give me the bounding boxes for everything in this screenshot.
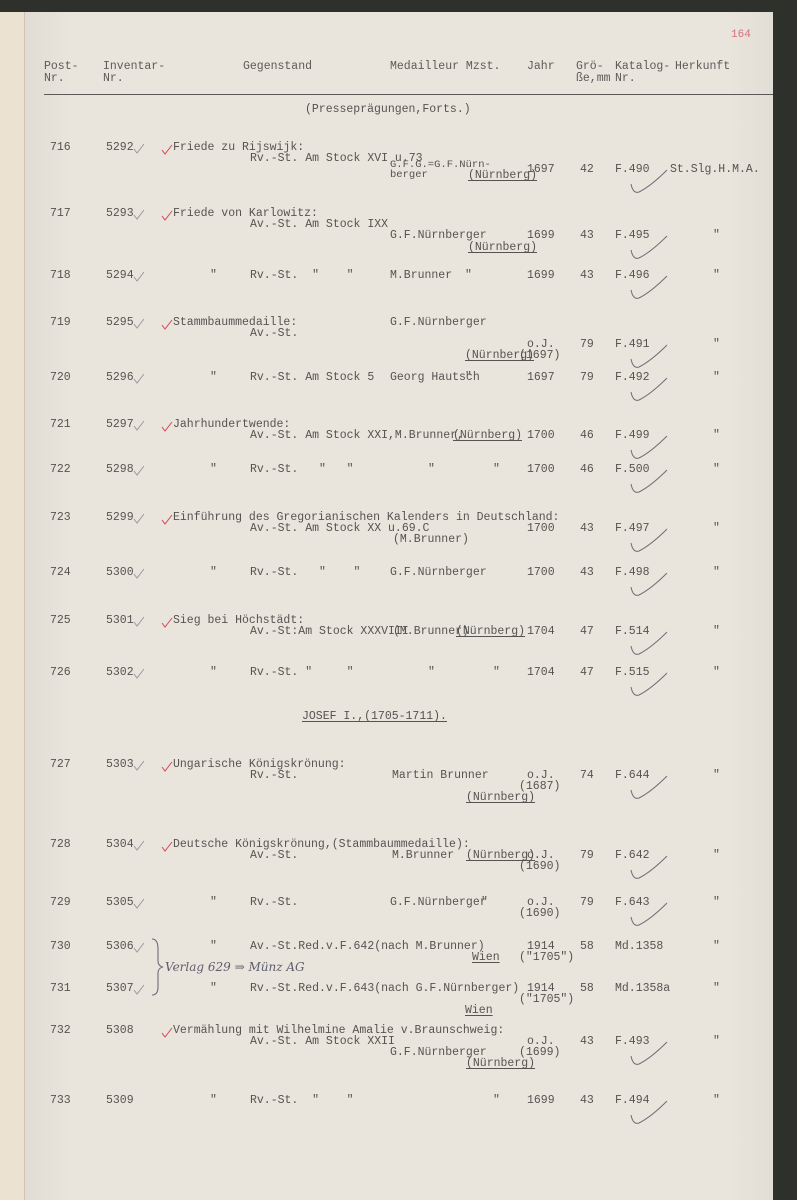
post-nr: 718 bbox=[50, 270, 71, 282]
checkmark-icon bbox=[133, 512, 145, 530]
herkunft: " bbox=[713, 941, 720, 953]
muenzstaette-ditto: " bbox=[481, 897, 488, 909]
katalog-check-icon bbox=[627, 374, 671, 409]
katalog-check-icon bbox=[627, 232, 671, 267]
red-tick-icon bbox=[161, 513, 173, 531]
herkunft: " bbox=[713, 372, 720, 384]
header-medailleur-mzst: Medailleur Mzst. bbox=[390, 61, 500, 73]
muenzstaette: Wien bbox=[465, 1005, 493, 1017]
muenzstaette-ditto: " bbox=[493, 1095, 500, 1107]
checkmark-icon bbox=[133, 1025, 145, 1043]
muenzstaette-ditto: " bbox=[493, 667, 500, 679]
medailleur: G.F.Nürnberger bbox=[390, 567, 487, 579]
inventar-nr: 5308 bbox=[106, 1025, 134, 1037]
section-heading-continued: (Presseprägungen,Forts.) bbox=[305, 104, 471, 116]
document-page: 164 Post-Nr. Inventar-Nr. Gegenstand Med… bbox=[25, 12, 773, 1200]
jahr-zusatz: (1690) bbox=[519, 861, 560, 873]
katalog-check-icon bbox=[627, 1038, 671, 1073]
post-nr: 719 bbox=[50, 317, 71, 329]
muenzstaette-ditto: " bbox=[465, 270, 472, 282]
inventar-nr: 5298 bbox=[106, 464, 134, 476]
jahr: 1699 bbox=[527, 270, 555, 282]
gegenstand-ditto: " bbox=[210, 1095, 217, 1107]
post-nr: 720 bbox=[50, 372, 71, 384]
muenzstaette: (Nürnberg) bbox=[453, 430, 522, 442]
red-tick-icon bbox=[161, 616, 173, 634]
post-nr: 727 bbox=[50, 759, 71, 771]
medailleur: Martin Brunner bbox=[392, 770, 489, 782]
header-post-nr: Post-Nr. bbox=[44, 61, 79, 85]
inventar-nr: 5302 bbox=[106, 667, 134, 679]
inventar-nr: 5309 bbox=[106, 1095, 134, 1107]
herkunft: " bbox=[713, 567, 720, 579]
post-nr: 722 bbox=[50, 464, 71, 476]
post-nr: 721 bbox=[50, 419, 71, 431]
muenzstaette-ditto: " bbox=[465, 372, 472, 384]
post-nr: 731 bbox=[50, 983, 71, 995]
inventar-nr: 5300 bbox=[106, 567, 134, 579]
inventar-nr: 5303 bbox=[106, 759, 134, 771]
checkmark-icon bbox=[133, 759, 145, 777]
checkmark-icon bbox=[133, 615, 145, 633]
medailleur: " bbox=[428, 667, 435, 679]
katalog-check-icon bbox=[627, 669, 671, 704]
groesse-mm: 74 bbox=[580, 770, 594, 782]
katalog-check-icon bbox=[627, 432, 671, 467]
muenzstaette: (Nürnberg) bbox=[466, 792, 535, 804]
checkmark-icon bbox=[133, 667, 145, 685]
seite: Av.-St. Am Stock XXI,M.Brunner, bbox=[250, 430, 464, 442]
scan-background bbox=[773, 12, 797, 1200]
herkunft: " bbox=[713, 770, 720, 782]
herkunft: " bbox=[713, 230, 720, 242]
section-heading-josef: JOSEF I.,(1705-1711). bbox=[302, 711, 447, 723]
post-nr: 726 bbox=[50, 667, 71, 679]
checkmark-icon bbox=[133, 897, 145, 915]
jahr: 1699 bbox=[527, 1095, 555, 1107]
groesse-mm: 42 bbox=[580, 164, 594, 176]
groesse-mm: 79 bbox=[580, 339, 594, 351]
groesse-mm: 47 bbox=[580, 626, 594, 638]
inventar-nr: 5304 bbox=[106, 839, 134, 851]
groesse-mm: 43 bbox=[580, 523, 594, 535]
jahr: 1697 bbox=[527, 372, 555, 384]
medailleur: G.F.Nürnberger bbox=[390, 317, 487, 329]
medailleur: berger bbox=[390, 170, 428, 180]
post-nr: 717 bbox=[50, 208, 71, 220]
page-number: 164 bbox=[731, 29, 751, 41]
jahr-zusatz: ("1705") bbox=[519, 994, 574, 1006]
post-nr: 729 bbox=[50, 897, 71, 909]
inventar-nr: 5299 bbox=[106, 512, 134, 524]
header-inventar-nr: Inventar-Nr. bbox=[103, 61, 165, 85]
jahr: 1697 bbox=[527, 164, 555, 176]
jahr: 1700 bbox=[527, 430, 555, 442]
groesse-mm: 43 bbox=[580, 1036, 594, 1048]
jahr: 1700 bbox=[527, 567, 555, 579]
inventar-nr: 5305 bbox=[106, 897, 134, 909]
red-tick-icon bbox=[161, 318, 173, 336]
jahr-zusatz: (1697) bbox=[519, 350, 560, 362]
katalog-check-icon bbox=[627, 272, 671, 307]
groesse-mm: 43 bbox=[580, 270, 594, 282]
groesse-mm: 58 bbox=[580, 941, 594, 953]
herkunft: " bbox=[713, 430, 720, 442]
inventar-nr: 5307 bbox=[106, 983, 134, 995]
katalog-check-icon bbox=[627, 166, 671, 201]
gegenstand-ditto: " bbox=[210, 567, 217, 579]
jahr: 1700 bbox=[527, 523, 555, 535]
katalog-check-icon bbox=[627, 628, 671, 663]
groesse-mm: 46 bbox=[580, 430, 594, 442]
gegenstand-ditto: " bbox=[210, 270, 217, 282]
medailleur: M.Brunner bbox=[390, 270, 452, 282]
jahr: 1704 bbox=[527, 626, 555, 638]
post-nr: 724 bbox=[50, 567, 71, 579]
groesse-mm: 43 bbox=[580, 567, 594, 579]
seite: Rv.-St. " " bbox=[250, 567, 360, 579]
post-nr: 733 bbox=[50, 1095, 71, 1107]
herkunft: " bbox=[713, 667, 720, 679]
seite: Rv.-St. " " bbox=[250, 270, 354, 282]
checkmark-icon bbox=[133, 941, 145, 959]
post-nr: 725 bbox=[50, 615, 71, 627]
medailleur: " bbox=[428, 464, 435, 476]
katalog-check-icon bbox=[627, 899, 671, 934]
muenzstaette: Wien bbox=[472, 952, 500, 964]
katalog-check-icon bbox=[627, 525, 671, 560]
red-tick-icon bbox=[161, 1026, 173, 1044]
gegenstand-ditto: " bbox=[210, 983, 217, 995]
header-groesse: Grö-ße,mm bbox=[576, 61, 611, 85]
checkmark-icon bbox=[133, 464, 145, 482]
checkmark-icon bbox=[133, 839, 145, 857]
seite: Rv.-St. " " bbox=[250, 667, 354, 679]
herkunft: " bbox=[713, 339, 720, 351]
groesse-mm: 46 bbox=[580, 464, 594, 476]
katalog-check-icon bbox=[627, 466, 671, 501]
inventar-nr: 5301 bbox=[106, 615, 134, 627]
seite: Rv.-St.Red.v.F.643(nach G.F.Nürnberger) bbox=[250, 983, 519, 995]
medailleur: M.Brunner bbox=[392, 850, 454, 862]
seite: Rv.-St. bbox=[250, 897, 298, 909]
inventar-nr: 5295 bbox=[106, 317, 134, 329]
post-nr: 730 bbox=[50, 941, 71, 953]
jahr: 1700 bbox=[527, 464, 555, 476]
gegenstand-ditto: " bbox=[210, 941, 217, 953]
checkmark-icon bbox=[133, 317, 145, 335]
jahr-zusatz: (1687) bbox=[519, 781, 560, 793]
herkunft: " bbox=[713, 464, 720, 476]
medailleur: (M.Brunner) bbox=[393, 534, 469, 546]
groesse-mm: 79 bbox=[580, 850, 594, 862]
seite: Rv.-St. bbox=[250, 770, 298, 782]
seite: Rv.-St. " " bbox=[250, 464, 354, 476]
herkunft: " bbox=[713, 850, 720, 862]
herkunft: " bbox=[713, 270, 720, 282]
seite: Rv.-St. Am Stock 5 bbox=[250, 372, 374, 384]
jahr-zusatz: (1699) bbox=[519, 1047, 560, 1059]
inventar-nr: 5292 bbox=[106, 142, 134, 154]
header-jahr: Jahr bbox=[527, 61, 555, 73]
herkunft: " bbox=[713, 983, 720, 995]
seite: Av.-St. bbox=[250, 850, 298, 862]
gegenstand-ditto: " bbox=[210, 372, 217, 384]
katalog-check-icon bbox=[627, 569, 671, 604]
jahr-zusatz: (1690) bbox=[519, 908, 560, 920]
header-gegenstand: Gegenstand bbox=[243, 61, 312, 73]
muenzstaette: (Nürnberg) bbox=[466, 1058, 535, 1070]
inventar-nr: 5297 bbox=[106, 419, 134, 431]
jahr: 1699 bbox=[527, 230, 555, 242]
muenzstaette: (Nürnberg) bbox=[468, 242, 537, 254]
red-tick-icon bbox=[161, 209, 173, 227]
checkmark-icon bbox=[133, 372, 145, 390]
gegenstand-ditto: " bbox=[210, 897, 217, 909]
muenzstaette-ditto: " bbox=[493, 464, 500, 476]
header-katalog-nr: Katalog-Nr. bbox=[615, 61, 670, 85]
red-tick-icon bbox=[161, 760, 173, 778]
muenzstaette: (Nürnberg) bbox=[456, 626, 525, 638]
medailleur: G.F.Nürnberger bbox=[390, 897, 487, 909]
checkmark-icon bbox=[133, 1095, 145, 1113]
katalog-check-icon bbox=[627, 852, 671, 887]
herkunft: " bbox=[713, 626, 720, 638]
inventar-nr: 5296 bbox=[106, 372, 134, 384]
katalog-check-icon bbox=[627, 1097, 671, 1132]
seite: Rv.-St. " " bbox=[250, 1095, 354, 1107]
groesse-mm: 43 bbox=[580, 1095, 594, 1107]
header-rule bbox=[44, 94, 794, 95]
checkmark-icon bbox=[133, 208, 145, 226]
seite: Av.-St.Red.v.F.642(nach M.Brunner) bbox=[250, 941, 485, 953]
seite: Av.-St. Am Stock XXII bbox=[250, 1036, 395, 1048]
jahr-zusatz: ("1705") bbox=[519, 952, 574, 964]
inventar-nr: 5293 bbox=[106, 208, 134, 220]
checkmark-icon bbox=[133, 567, 145, 585]
post-nr: 728 bbox=[50, 839, 71, 851]
groesse-mm: 79 bbox=[580, 372, 594, 384]
post-nr: 716 bbox=[50, 142, 71, 154]
inventar-nr: 5306 bbox=[106, 941, 134, 953]
seite: Av.-St. Am Stock IXX bbox=[250, 219, 388, 231]
seite: Av.-St. bbox=[250, 328, 298, 340]
groesse-mm: 43 bbox=[580, 230, 594, 242]
groesse-mm: 47 bbox=[580, 667, 594, 679]
herkunft: St.Slg.H.M.A. bbox=[670, 164, 760, 176]
adjacent-page-edge bbox=[0, 12, 25, 1200]
gegenstand-ditto: " bbox=[210, 464, 217, 476]
groesse-mm: 79 bbox=[580, 897, 594, 909]
handwritten-note: Verlag 629 ⇒ Münz AG bbox=[165, 961, 305, 973]
herkunft: " bbox=[713, 1095, 720, 1107]
katalog-nr: Md.1358 bbox=[615, 941, 663, 953]
header-herkunft: Herkunft bbox=[675, 61, 730, 73]
herkunft: " bbox=[713, 1036, 720, 1048]
katalog-nr: Md.1358a bbox=[615, 983, 670, 995]
checkmark-icon bbox=[133, 270, 145, 288]
groesse-mm: 58 bbox=[580, 983, 594, 995]
post-nr: 732 bbox=[50, 1025, 71, 1037]
herkunft: " bbox=[713, 897, 720, 909]
herkunft: " bbox=[713, 523, 720, 535]
red-tick-icon bbox=[161, 143, 173, 161]
inventar-nr: 5294 bbox=[106, 270, 134, 282]
checkmark-icon bbox=[133, 142, 145, 160]
checkmark-icon bbox=[133, 419, 145, 437]
katalog-check-icon bbox=[627, 772, 671, 807]
red-tick-icon bbox=[161, 840, 173, 858]
jahr: 1704 bbox=[527, 667, 555, 679]
post-nr: 723 bbox=[50, 512, 71, 524]
seite: Av.-St:Am Stock XXXVIII bbox=[250, 626, 409, 638]
checkmark-icon bbox=[133, 983, 145, 1001]
gegenstand-ditto: " bbox=[210, 667, 217, 679]
red-tick-icon bbox=[161, 420, 173, 438]
